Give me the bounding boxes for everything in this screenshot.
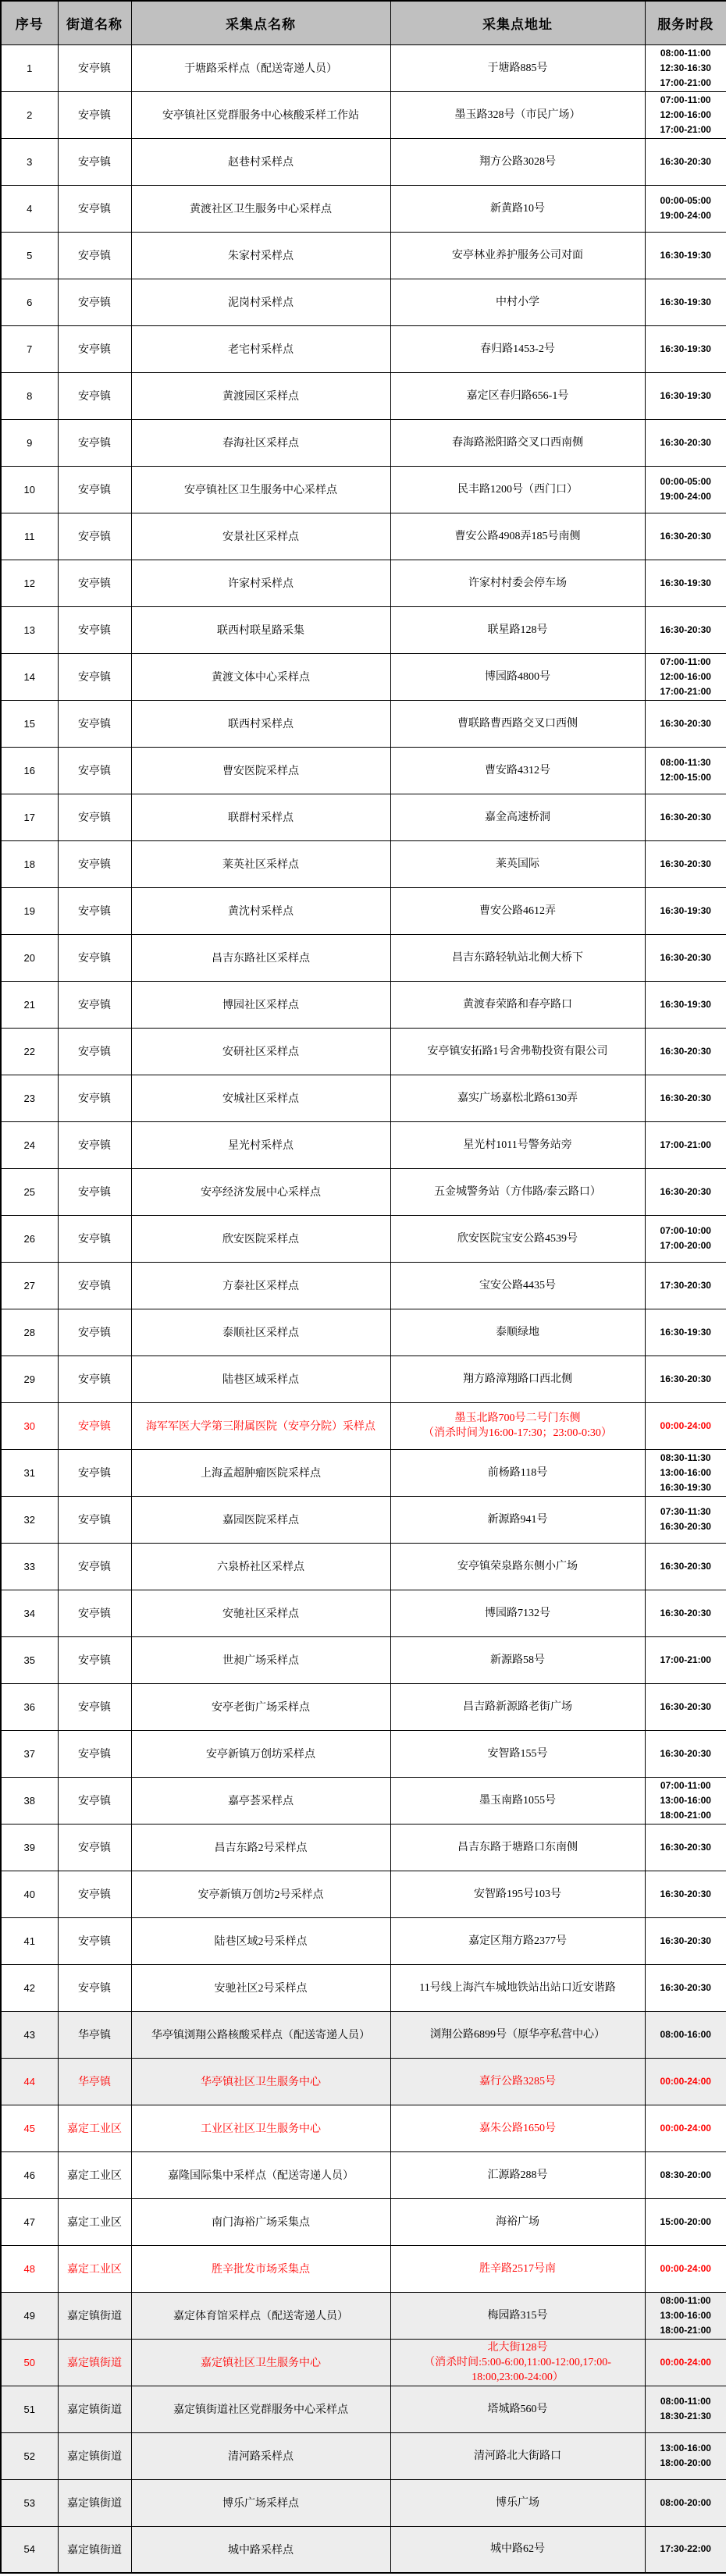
street-name-cell: 安亭镇: [58, 1964, 131, 2011]
site-name-cell: 于塘路采样点（配送寄递人员）: [131, 44, 390, 91]
row-index-cell: 39: [1, 1824, 58, 1871]
street-name-cell: 嘉定镇街道: [58, 2526, 131, 2573]
table-row: 28安亭镇泰顺社区采样点泰顺绿地16:30-19:30: [1, 1309, 726, 1356]
row-index-cell: 24: [1, 1121, 58, 1168]
row-index-cell: 21: [1, 981, 58, 1028]
street-name-cell: 嘉定工业区: [58, 2198, 131, 2245]
row-index-cell: 9: [1, 419, 58, 466]
row-index-cell: 47: [1, 2198, 58, 2245]
service-times-cell: 16:30-20:30: [645, 934, 726, 981]
street-name-cell: 华亭镇: [58, 2011, 131, 2058]
street-name-cell: 安亭镇: [58, 1449, 131, 1496]
site-address-cell: 春海路淞阳路交叉口西南侧: [390, 419, 645, 466]
table-row: 48嘉定工业区胜辛批发市场采集点胜辛路2517号南00:00-24:00: [1, 2245, 726, 2292]
street-name-cell: 嘉定镇街道: [58, 2479, 131, 2526]
street-name-cell: 安亭镇: [58, 653, 131, 700]
site-address-cell: 泰顺绿地: [390, 1309, 645, 1356]
table-row: 53嘉定镇街道博乐广场采样点博乐广场08:00-20:00: [1, 2479, 726, 2526]
service-times-cell: 00:00-24:00: [645, 2339, 726, 2386]
site-name-cell: 陆巷区域采样点: [131, 1356, 390, 1402]
column-header-times: 服务时段: [645, 1, 726, 44]
street-name-cell: 嘉定镇街道: [58, 2339, 131, 2386]
table-row: 18安亭镇莱英社区采样点莱英国际16:30-20:30: [1, 840, 726, 887]
service-times-cell: 16:30-20:30: [645, 1168, 726, 1215]
service-times-cell: 07:00-10:0017:00-20:00: [645, 1215, 726, 1262]
street-name-cell: 安亭镇: [58, 560, 131, 606]
site-name-cell: 嘉定镇街道社区党群服务中心采样点: [131, 2386, 390, 2432]
site-address-cell: 安亭镇荣泉路东侧小广场: [390, 1543, 645, 1590]
table-row: 17安亭镇联群村采样点嘉金高速桥洞16:30-20:30: [1, 794, 726, 840]
street-name-cell: 嘉定工业区: [58, 2245, 131, 2292]
row-index-cell: 13: [1, 606, 58, 653]
table-row: 41安亭镇陆巷区域2号采样点嘉定区翔方路2377号16:30-20:30: [1, 1917, 726, 1964]
row-index-cell: 6: [1, 279, 58, 325]
row-index-cell: 32: [1, 1496, 58, 1543]
site-name-cell: 世昶广场采样点: [131, 1636, 390, 1683]
row-index-cell: 53: [1, 2479, 58, 2526]
service-times-cell: 16:30-20:30: [645, 840, 726, 887]
service-times-cell: 08:00-11:0012:30-16:3017:00-21:00: [645, 44, 726, 91]
street-name-cell: 安亭镇: [58, 1683, 131, 1730]
site-name-cell: 联西村联星路采集: [131, 606, 390, 653]
service-times-cell: 16:30-20:30: [645, 1075, 726, 1121]
street-name-cell: 安亭镇: [58, 372, 131, 419]
site-name-cell: 安亭新镇万创坊采样点: [131, 1730, 390, 1777]
street-name-cell: 嘉定工业区: [58, 2105, 131, 2151]
site-address-cell: 安亭镇安拓路1号舍弗勒投资有限公司: [390, 1028, 645, 1075]
service-times-cell: 07:00-11:0012:00-16:0017:00-21:00: [645, 653, 726, 700]
service-times-cell: 16:30-19:30: [645, 232, 726, 279]
table-row: 54嘉定镇街道城中路采样点城中路62号17:30-22:00: [1, 2526, 726, 2573]
site-address-cell: 新源路58号: [390, 1636, 645, 1683]
site-name-cell: 安亭镇社区党群服务中心核酸采样工作站: [131, 91, 390, 138]
table-row: 24安亭镇星光村采样点星光村1011号警务站旁17:00-21:00: [1, 1121, 726, 1168]
site-address-cell: 海裕广场: [390, 2198, 645, 2245]
site-address-cell: 北大街128号（消杀时间:5:00-6:00,11:00-12:00,17:00…: [390, 2339, 645, 2386]
site-name-cell: 安城社区采样点: [131, 1075, 390, 1121]
row-index-cell: 36: [1, 1683, 58, 1730]
row-index-cell: 15: [1, 700, 58, 747]
row-index-cell: 20: [1, 934, 58, 981]
site-name-cell: 昌吉东路社区采样点: [131, 934, 390, 981]
site-name-cell: 欣安医院采样点: [131, 1215, 390, 1262]
row-index-cell: 4: [1, 185, 58, 232]
site-name-cell: 胜辛批发市场采集点: [131, 2245, 390, 2292]
street-name-cell: 安亭镇: [58, 185, 131, 232]
service-times-cell: 08:30-11:3013:00-16:0016:30-19:30: [645, 1449, 726, 1496]
table-row: 5安亭镇朱家村采样点安亭林业养护服务公司对面16:30-19:30: [1, 232, 726, 279]
service-times-cell: 17:30-22:00: [645, 2526, 726, 2573]
service-times-cell: 17:00-21:00: [645, 1121, 726, 1168]
street-name-cell: 安亭镇: [58, 1028, 131, 1075]
street-name-cell: 安亭镇: [58, 1917, 131, 1964]
row-index-cell: 28: [1, 1309, 58, 1356]
site-address-cell: 曹安路4312号: [390, 747, 645, 794]
site-address-cell: 胜辛路2517号南: [390, 2245, 645, 2292]
table-row: 3安亭镇赵巷村采样点翔方公路3028号16:30-20:30: [1, 138, 726, 185]
row-index-cell: 30: [1, 1402, 58, 1449]
row-index-cell: 7: [1, 325, 58, 372]
table-row: 42安亭镇安驰社区2号采样点11号线上海汽车城地铁站出站口近安谐路16:30-2…: [1, 1964, 726, 2011]
row-index-cell: 38: [1, 1777, 58, 1824]
table-row: 23安亭镇安城社区采样点嘉实广场嘉松北路6130弄16:30-20:30: [1, 1075, 726, 1121]
table-row: 35安亭镇世昶广场采样点新源路58号17:00-21:00: [1, 1636, 726, 1683]
row-index-cell: 22: [1, 1028, 58, 1075]
table-row: 30安亭镇海军军医大学第三附属医院（安亭分院）采样点墨玉北路700号二号门东侧（…: [1, 1402, 726, 1449]
site-address-cell: 博园路4800号: [390, 653, 645, 700]
site-address-cell: 嘉定区春归路656-1号: [390, 372, 645, 419]
site-address-cell: 浏翔公路6899号（原华亭私营中心）: [390, 2011, 645, 2058]
row-index-cell: 43: [1, 2011, 58, 2058]
table-row: 8安亭镇黄渡园区采样点嘉定区春归路656-1号16:30-19:30: [1, 372, 726, 419]
site-address-cell: 塔城路560号: [390, 2386, 645, 2432]
site-address-cell: 五金城警务站（方伟路/泰云路口）: [390, 1168, 645, 1215]
site-name-cell: 嘉定镇社区卫生服务中心: [131, 2339, 390, 2386]
row-index-cell: 52: [1, 2432, 58, 2479]
table-row: 25安亭镇安亭经济发展中心采样点五金城警务站（方伟路/泰云路口）16:30-20…: [1, 1168, 726, 1215]
row-index-cell: 11: [1, 513, 58, 560]
street-name-cell: 安亭镇: [58, 1356, 131, 1402]
service-times-cell: 16:30-19:30: [645, 1309, 726, 1356]
street-name-cell: 安亭镇: [58, 419, 131, 466]
street-name-cell: 安亭镇: [58, 1590, 131, 1636]
service-times-cell: 00:00-24:00: [645, 2058, 726, 2105]
service-times-cell: 07:00-11:0012:00-16:0017:00-21:00: [645, 91, 726, 138]
row-index-cell: 16: [1, 747, 58, 794]
row-index-cell: 23: [1, 1075, 58, 1121]
table-row: 20安亭镇昌吉东路社区采样点昌吉东路轻轨站北侧大桥下16:30-20:30: [1, 934, 726, 981]
table-row: 13安亭镇联西村联星路采集联星路128号16:30-20:30: [1, 606, 726, 653]
sampling-sites-table: 序号 街道名称 采集点名称 采集点地址 服务时段 1安亭镇于塘路采样点（配送寄递…: [0, 0, 726, 2574]
row-index-cell: 31: [1, 1449, 58, 1496]
street-name-cell: 安亭镇: [58, 934, 131, 981]
table-row: 6安亭镇泥岗村采样点中村小学16:30-19:30: [1, 279, 726, 325]
service-times-cell: 00:00-05:0019:00-24:00: [645, 185, 726, 232]
table-row: 51嘉定镇街道嘉定镇街道社区党群服务中心采样点塔城路560号08:00-11:0…: [1, 2386, 726, 2432]
table-row: 49嘉定镇街道嘉定体育馆采样点（配送寄递人员）梅园路315号08:00-11:0…: [1, 2292, 726, 2339]
site-name-cell: 海军军医大学第三附属医院（安亭分院）采样点: [131, 1402, 390, 1449]
site-name-cell: 春海社区采样点: [131, 419, 390, 466]
row-index-cell: 14: [1, 653, 58, 700]
street-name-cell: 安亭镇: [58, 1402, 131, 1449]
table-row: 52嘉定镇街道清河路采样点清河路北大街路口13:00-16:0018:00-20…: [1, 2432, 726, 2479]
site-address-cell: 安亭林业养护服务公司对面: [390, 232, 645, 279]
site-address-cell: 中村小学: [390, 279, 645, 325]
table-row: 37安亭镇安亭新镇万创坊采样点安智路155号16:30-20:30: [1, 1730, 726, 1777]
row-index-cell: 8: [1, 372, 58, 419]
street-name-cell: 嘉定镇街道: [58, 2432, 131, 2479]
row-index-cell: 18: [1, 840, 58, 887]
site-address-cell: 黄渡春荣路和春亭路口: [390, 981, 645, 1028]
site-name-cell: 安驰社区2号采样点: [131, 1964, 390, 2011]
table-row: 22安亭镇安研社区采样点安亭镇安拓路1号舍弗勒投资有限公司16:30-20:30: [1, 1028, 726, 1075]
service-times-cell: 16:30-19:30: [645, 887, 726, 934]
site-name-cell: 联西村采样点: [131, 700, 390, 747]
site-name-cell: 泥岗村采样点: [131, 279, 390, 325]
site-name-cell: 黄沈村采样点: [131, 887, 390, 934]
row-index-cell: 45: [1, 2105, 58, 2151]
table-row: 45嘉定工业区工业区社区卫生服务中心嘉朱公路1650号00:00-24:00: [1, 2105, 726, 2151]
table-body: 1安亭镇于塘路采样点（配送寄递人员）于塘路885号08:00-11:0012:3…: [1, 44, 726, 2573]
street-name-cell: 安亭镇: [58, 606, 131, 653]
row-index-cell: 54: [1, 2526, 58, 2573]
street-name-cell: 安亭镇: [58, 1636, 131, 1683]
table-row: 9安亭镇春海社区采样点春海路淞阳路交叉口西南侧16:30-20:30: [1, 419, 726, 466]
site-name-cell: 星光村采样点: [131, 1121, 390, 1168]
service-times-cell: 16:30-20:30: [645, 1917, 726, 1964]
row-index-cell: 29: [1, 1356, 58, 1402]
site-name-cell: 黄渡社区卫生服务中心采样点: [131, 185, 390, 232]
street-name-cell: 安亭镇: [58, 981, 131, 1028]
row-index-cell: 27: [1, 1262, 58, 1309]
site-name-cell: 安亭经济发展中心采样点: [131, 1168, 390, 1215]
table-row: 43华亭镇华亭镇浏翔公路核酸采样点（配送寄递人员）浏翔公路6899号（原华亭私营…: [1, 2011, 726, 2058]
site-name-cell: 赵巷村采样点: [131, 138, 390, 185]
site-address-cell: 安智路195号103号: [390, 1871, 645, 1917]
site-name-cell: 清河路采样点: [131, 2432, 390, 2479]
table-row: 47嘉定工业区南门海裕广场采集点海裕广场15:00-20:00: [1, 2198, 726, 2245]
service-times-cell: 16:30-20:30: [645, 1730, 726, 1777]
site-address-cell: 嘉实广场嘉松北路6130弄: [390, 1075, 645, 1121]
site-name-cell: 上海孟超肿瘤医院采样点: [131, 1449, 390, 1496]
site-address-cell: 前杨路118号: [390, 1449, 645, 1496]
street-name-cell: 安亭镇: [58, 1824, 131, 1871]
row-index-cell: 5: [1, 232, 58, 279]
row-index-cell: 26: [1, 1215, 58, 1262]
row-index-cell: 12: [1, 560, 58, 606]
site-address-cell: 汇源路288号: [390, 2151, 645, 2198]
site-name-cell: 朱家村采样点: [131, 232, 390, 279]
row-index-cell: 50: [1, 2339, 58, 2386]
service-times-cell: 08:30-20:00: [645, 2151, 726, 2198]
site-name-cell: 嘉隆国际集中采样点（配送寄递人员）: [131, 2151, 390, 2198]
site-name-cell: 安景社区采样点: [131, 513, 390, 560]
street-name-cell: 安亭镇: [58, 232, 131, 279]
site-name-cell: 黄渡文体中心采样点: [131, 653, 390, 700]
service-times-cell: 00:00-24:00: [645, 1402, 726, 1449]
site-name-cell: 昌吉东路2号采样点: [131, 1824, 390, 1871]
street-name-cell: 安亭镇: [58, 513, 131, 560]
site-address-cell: 博园路7132号: [390, 1590, 645, 1636]
street-name-cell: 安亭镇: [58, 1730, 131, 1777]
site-address-cell: 联星路128号: [390, 606, 645, 653]
site-address-cell: 许家村村委会停车场: [390, 560, 645, 606]
site-address-cell: 昌吉东路轻轨站北侧大桥下: [390, 934, 645, 981]
site-address-cell: 安智路155号: [390, 1730, 645, 1777]
service-times-cell: 16:30-19:30: [645, 372, 726, 419]
column-header-address: 采集点地址: [390, 1, 645, 44]
table-row: 40安亭镇安亭新镇万创坊2号采样点安智路195号103号16:30-20:30: [1, 1871, 726, 1917]
street-name-cell: 安亭镇: [58, 1121, 131, 1168]
site-address-cell: 嘉朱公路1650号: [390, 2105, 645, 2151]
table-row: 44华亭镇华亭镇社区卫生服务中心嘉行公路3285号00:00-24:00: [1, 2058, 726, 2105]
table-row: 16安亭镇曹安医院采样点曹安路4312号08:00-11:3012:00-15:…: [1, 747, 726, 794]
service-times-cell: 16:30-20:30: [645, 513, 726, 560]
site-name-cell: 莱英社区采样点: [131, 840, 390, 887]
site-address-cell: 翔方公路3028号: [390, 138, 645, 185]
site-name-cell: 联群村采样点: [131, 794, 390, 840]
street-name-cell: 安亭镇: [58, 44, 131, 91]
street-name-cell: 安亭镇: [58, 325, 131, 372]
row-index-cell: 51: [1, 2386, 58, 2432]
table-row: 1安亭镇于塘路采样点（配送寄递人员）于塘路885号08:00-11:0012:3…: [1, 44, 726, 91]
service-times-cell: 16:30-20:30: [645, 1356, 726, 1402]
site-address-cell: 清河路北大街路口: [390, 2432, 645, 2479]
site-name-cell: 嘉定体育馆采样点（配送寄递人员）: [131, 2292, 390, 2339]
site-name-cell: 曹安医院采样点: [131, 747, 390, 794]
street-name-cell: 安亭镇: [58, 700, 131, 747]
service-times-cell: 16:30-20:30: [645, 138, 726, 185]
table-row: 2安亭镇安亭镇社区党群服务中心核酸采样工作站墨玉路328号（市民广场）07:00…: [1, 91, 726, 138]
service-times-cell: 00:00-05:0019:00-24:00: [645, 466, 726, 513]
street-name-cell: 嘉定镇街道: [58, 2292, 131, 2339]
street-name-cell: 安亭镇: [58, 1215, 131, 1262]
site-address-cell: 城中路62号: [390, 2526, 645, 2573]
street-name-cell: 安亭镇: [58, 1543, 131, 1590]
row-index-cell: 25: [1, 1168, 58, 1215]
street-name-cell: 嘉定镇街道: [58, 2386, 131, 2432]
site-address-cell: 墨玉路328号（市民广场）: [390, 91, 645, 138]
service-times-cell: 15:00-20:00: [645, 2198, 726, 2245]
service-times-cell: 16:30-20:30: [645, 1964, 726, 2011]
service-times-cell: 16:30-20:30: [645, 1028, 726, 1075]
table-row: 50嘉定镇街道嘉定镇社区卫生服务中心北大街128号（消杀时间:5:00-6:00…: [1, 2339, 726, 2386]
table-row: 21安亭镇博园社区采样点黄渡春荣路和春亭路口16:30-19:30: [1, 981, 726, 1028]
site-name-cell: 城中路采样点: [131, 2526, 390, 2573]
service-times-cell: 08:00-11:3012:00-15:00: [645, 747, 726, 794]
street-name-cell: 安亭镇: [58, 466, 131, 513]
row-index-cell: 1: [1, 44, 58, 91]
street-name-cell: 安亭镇: [58, 747, 131, 794]
site-address-cell: 民丰路1200号（西门口）: [390, 466, 645, 513]
site-address-cell: 11号线上海汽车城地铁站出站口近安谐路: [390, 1964, 645, 2011]
row-index-cell: 46: [1, 2151, 58, 2198]
table-row: 14安亭镇黄渡文体中心采样点博园路4800号07:00-11:0012:00-1…: [1, 653, 726, 700]
row-index-cell: 37: [1, 1730, 58, 1777]
street-name-cell: 安亭镇: [58, 840, 131, 887]
street-name-cell: 安亭镇: [58, 1777, 131, 1824]
site-address-cell: 翔方路漳翔路口西北侧: [390, 1356, 645, 1402]
service-times-cell: 16:30-20:30: [645, 700, 726, 747]
row-index-cell: 3: [1, 138, 58, 185]
service-times-cell: 16:30-20:30: [645, 606, 726, 653]
site-name-cell: 工业区社区卫生服务中心: [131, 2105, 390, 2151]
table-row: 11安亭镇安景社区采样点曹安公路4908弄185号南侧16:30-20:30: [1, 513, 726, 560]
site-name-cell: 安研社区采样点: [131, 1028, 390, 1075]
table-row: 34安亭镇安驰社区采样点博园路7132号16:30-20:30: [1, 1590, 726, 1636]
row-index-cell: 19: [1, 887, 58, 934]
site-name-cell: 安亭新镇万创坊2号采样点: [131, 1871, 390, 1917]
table-row: 36安亭镇安亭老街广场采样点昌吉路新源路老街广场16:30-20:30: [1, 1683, 726, 1730]
site-address-cell: 嘉定区翔方路2377号: [390, 1917, 645, 1964]
site-name-cell: 华亭镇社区卫生服务中心: [131, 2058, 390, 2105]
row-index-cell: 33: [1, 1543, 58, 1590]
column-header-name: 采集点名称: [131, 1, 390, 44]
street-name-cell: 嘉定工业区: [58, 2151, 131, 2198]
row-index-cell: 40: [1, 1871, 58, 1917]
street-name-cell: 安亭镇: [58, 138, 131, 185]
table-row: 10安亭镇安亭镇社区卫生服务中心采样点民丰路1200号（西门口）00:00-05…: [1, 466, 726, 513]
site-name-cell: 嘉园医院采样点: [131, 1496, 390, 1543]
site-address-cell: 星光村1011号警务站旁: [390, 1121, 645, 1168]
service-times-cell: 16:30-20:30: [645, 794, 726, 840]
site-address-cell: 梅园路315号: [390, 2292, 645, 2339]
street-name-cell: 安亭镇: [58, 794, 131, 840]
service-times-cell: 16:30-19:30: [645, 560, 726, 606]
street-name-cell: 安亭镇: [58, 1262, 131, 1309]
sampling-sites-page: 序号 街道名称 采集点名称 采集点地址 服务时段 1安亭镇于塘路采样点（配送寄递…: [0, 0, 726, 2574]
table-row: 19安亭镇黄沈村采样点曹安公路4612弄16:30-19:30: [1, 887, 726, 934]
row-index-cell: 10: [1, 466, 58, 513]
table-row: 29安亭镇陆巷区域采样点翔方路漳翔路口西北侧16:30-20:30: [1, 1356, 726, 1402]
site-address-cell: 于塘路885号: [390, 44, 645, 91]
site-address-cell: 昌吉东路于塘路口东南侧: [390, 1824, 645, 1871]
street-name-cell: 安亭镇: [58, 1075, 131, 1121]
service-times-cell: 13:00-16:0018:00-20:00: [645, 2432, 726, 2479]
service-times-cell: 07:30-11:3016:30-20:30: [645, 1496, 726, 1543]
table-row: 15安亭镇联西村采样点曹联路曹西路交叉口西侧16:30-20:30: [1, 700, 726, 747]
row-index-cell: 34: [1, 1590, 58, 1636]
row-index-cell: 41: [1, 1917, 58, 1964]
table-header-row: 序号 街道名称 采集点名称 采集点地址 服务时段: [1, 1, 726, 44]
site-name-cell: 博园社区采样点: [131, 981, 390, 1028]
site-name-cell: 陆巷区域2号采样点: [131, 1917, 390, 1964]
table-row: 12安亭镇许家村采样点许家村村委会停车场16:30-19:30: [1, 560, 726, 606]
site-address-cell: 嘉金高速桥洞: [390, 794, 645, 840]
service-times-cell: 16:30-19:30: [645, 279, 726, 325]
column-header-index: 序号: [1, 1, 58, 44]
site-address-cell: 墨玉南路1055号: [390, 1777, 645, 1824]
service-times-cell: 16:30-19:30: [645, 981, 726, 1028]
row-index-cell: 42: [1, 1964, 58, 2011]
site-address-cell: 宝安公路4435号: [390, 1262, 645, 1309]
service-times-cell: 17:30-20:30: [645, 1262, 726, 1309]
site-name-cell: 博乐广场采样点: [131, 2479, 390, 2526]
site-name-cell: 嘉亭荟采样点: [131, 1777, 390, 1824]
row-index-cell: 17: [1, 794, 58, 840]
site-address-cell: 嘉行公路3285号: [390, 2058, 645, 2105]
service-times-cell: 08:00-11:0018:30-21:30: [645, 2386, 726, 2432]
column-header-street: 街道名称: [58, 1, 131, 44]
site-name-cell: 安驰社区采样点: [131, 1590, 390, 1636]
site-name-cell: 安亭老街广场采样点: [131, 1683, 390, 1730]
row-index-cell: 49: [1, 2292, 58, 2339]
site-name-cell: 许家村采样点: [131, 560, 390, 606]
site-name-cell: 南门海裕广场采集点: [131, 2198, 390, 2245]
street-name-cell: 安亭镇: [58, 1496, 131, 1543]
service-times-cell: 08:00-11:0013:00-16:0018:00-21:00: [645, 2292, 726, 2339]
site-name-cell: 安亭镇社区卫生服务中心采样点: [131, 466, 390, 513]
site-address-cell: 曹安公路4612弄: [390, 887, 645, 934]
service-times-cell: 08:00-20:00: [645, 2479, 726, 2526]
site-address-cell: 博乐广场: [390, 2479, 645, 2526]
table-row: 39安亭镇昌吉东路2号采样点昌吉东路于塘路口东南侧16:30-20:30: [1, 1824, 726, 1871]
site-name-cell: 方泰社区采样点: [131, 1262, 390, 1309]
service-times-cell: 16:30-20:30: [645, 1543, 726, 1590]
service-times-cell: 16:30-20:30: [645, 1824, 726, 1871]
street-name-cell: 安亭镇: [58, 91, 131, 138]
site-address-cell: 欣安医院宝安公路4539号: [390, 1215, 645, 1262]
site-address-cell: 新源路941号: [390, 1496, 645, 1543]
service-times-cell: 00:00-24:00: [645, 2245, 726, 2292]
service-times-cell: 00:00-24:00: [645, 2105, 726, 2151]
service-times-cell: 16:30-20:30: [645, 1590, 726, 1636]
table-row: 33安亭镇六泉桥社区采样点安亭镇荣泉路东侧小广场16:30-20:30: [1, 1543, 726, 1590]
street-name-cell: 华亭镇: [58, 2058, 131, 2105]
row-index-cell: 44: [1, 2058, 58, 2105]
row-index-cell: 48: [1, 2245, 58, 2292]
table-row: 46嘉定工业区嘉隆国际集中采样点（配送寄递人员）汇源路288号08:30-20:…: [1, 2151, 726, 2198]
